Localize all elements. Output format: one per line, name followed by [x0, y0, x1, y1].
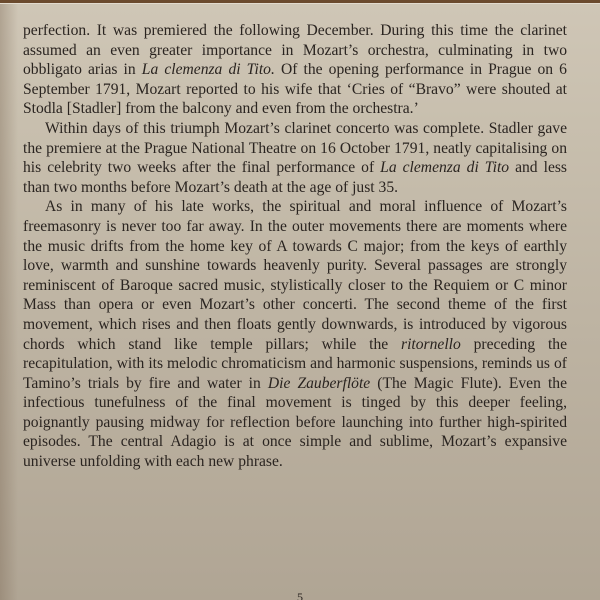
text-segment: As in many of his late works, the spirit… — [23, 198, 567, 352]
page-number: 5 — [0, 590, 600, 600]
booklet-page: perfection. It was premiered the followi… — [0, 3, 600, 600]
term-italic: ritornello — [401, 336, 461, 353]
body-text: perfection. It was premiered the followi… — [23, 21, 567, 472]
paragraph-2: Within days of this triumph Mozart’s cla… — [23, 119, 567, 197]
paragraph-3: As in many of his late works, the spirit… — [23, 197, 567, 471]
work-title-italic: La clemenza di Tito. — [142, 61, 275, 78]
work-title-italic: La clemenza di Tito — [380, 159, 509, 176]
work-title-italic: Die Zauberflöte — [268, 375, 370, 392]
paragraph-1: perfection. It was premiered the followi… — [23, 21, 567, 119]
